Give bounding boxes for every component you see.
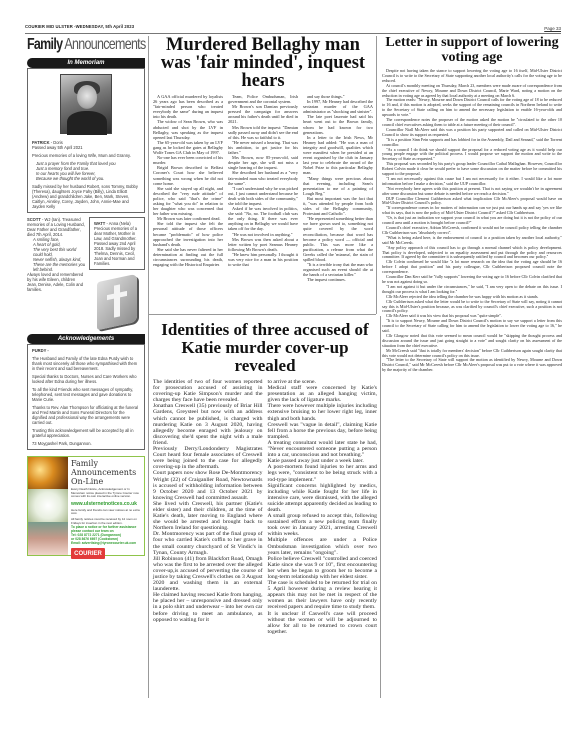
notices-website-link[interactable]: www.ulsternetnotices.co.uk <box>71 501 141 507</box>
article-column: Despite not having taken the stance to s… <box>382 69 562 373</box>
article-column: to arrive at the scene.Medical staff wer… <box>268 379 378 635</box>
column-divider <box>376 36 377 314</box>
article-column: The identities of two of four women repo… <box>153 379 263 635</box>
masthead: COURIER MID ULSTER -WEDNESDAY, 5th April… <box>25 24 561 34</box>
notice-scott: SCOTT - WJ (Ian). Treasured memories of … <box>27 217 86 326</box>
headline: Murdered Bellaghy man was 'fair minded',… <box>153 36 373 90</box>
embrace-image <box>28 522 68 555</box>
column-divider <box>380 316 381 698</box>
online-notices-ad[interactable]: Family Announcements On-Line Every Death… <box>27 456 145 556</box>
article-bellaghy: Murdered Bellaghy man was 'fair minded',… <box>153 36 373 282</box>
in-memoriam-header: In Memoriam <box>27 58 145 68</box>
notice-purdy: PURDY - The Husband and Family of the la… <box>27 344 145 450</box>
notice-watt: WATT - Anna (Nela) Precious memories of … <box>89 217 145 270</box>
acknowledgements-header: Acknowledgements <box>27 334 145 344</box>
article-column: Team, Police Ombudsman, Irish government… <box>228 94 298 282</box>
ad-heading: Family Announcements On-Line <box>71 459 141 486</box>
email-link[interactable]: Email: advertising@tyronecourier.uk.com <box>71 541 141 545</box>
bible-icon <box>97 274 137 331</box>
article-divider <box>149 314 376 315</box>
headline: Identities of three accused of Katie mur… <box>153 321 377 375</box>
poem: Just a prayer from the Family that loved… <box>32 161 140 181</box>
section-title: Family Announcements <box>27 36 119 54</box>
family-announcements-column: Family Announcements In Memoriam PATRICK… <box>27 36 145 556</box>
notice-patrick: PATRICK - Doris Passed away 5th April 20… <box>27 68 145 213</box>
headline: Letter in support of lowering voting age <box>382 36 562 65</box>
candles-image <box>28 457 68 489</box>
page-number: Page 33 <box>544 26 561 31</box>
lily-image <box>28 489 68 521</box>
portrait-photo <box>60 74 112 134</box>
article-column: and say those things."In 1997, Mr Heaney… <box>303 94 373 282</box>
article-column: A GAA official murdered by loyalists 26 … <box>153 94 223 282</box>
article-katie-cover-up: Identities of three accused of Katie mur… <box>153 321 377 635</box>
publication-date: COURIER MID ULSTER -WEDNESDAY, 5th April… <box>25 24 134 29</box>
column-divider <box>148 36 149 698</box>
poem: A smiling face, A heart of gold, The ver… <box>27 237 86 272</box>
courier-logo: COURIER <box>71 548 105 559</box>
article-voting-age: Letter in support of lowering voting age… <box>382 36 562 373</box>
